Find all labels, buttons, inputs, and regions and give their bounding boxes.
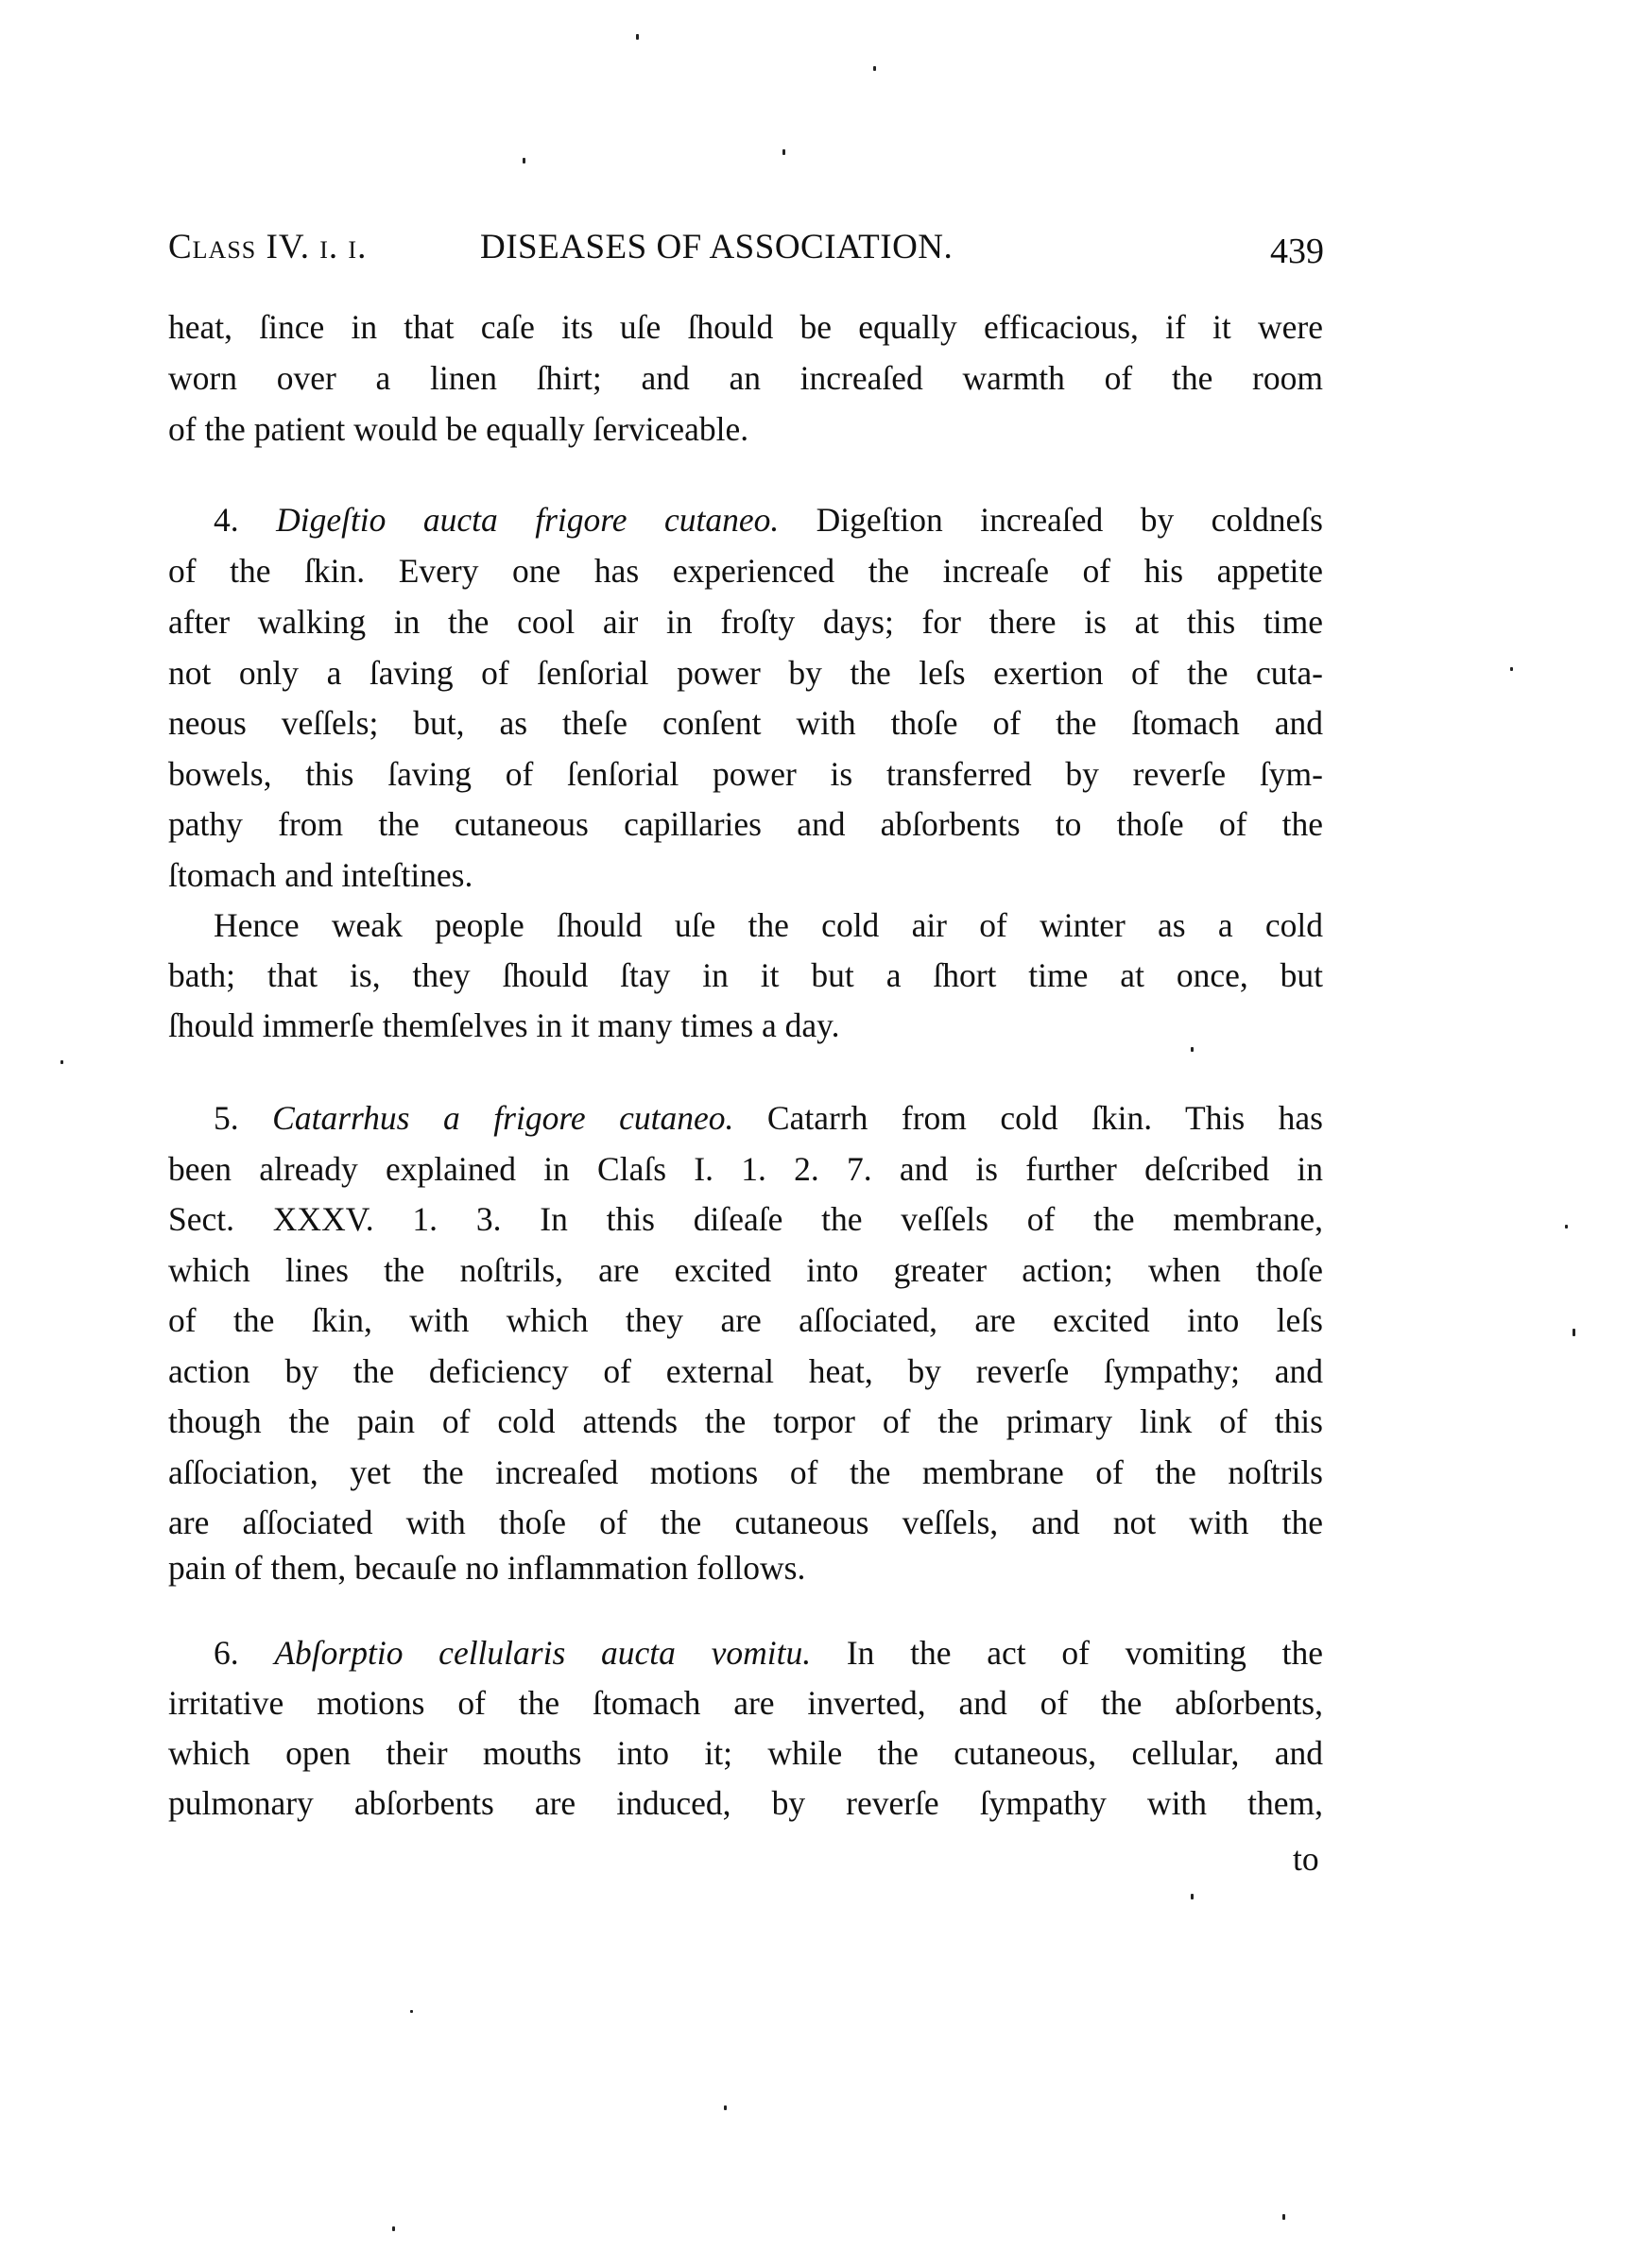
text-line: ſtomach and inteſtines. (168, 850, 1323, 901)
section-heading-line: 6. Abſorptio cellularis aucta vomitu. In… (214, 1627, 1323, 1678)
catchword: to (1293, 1833, 1319, 1884)
text-line: not only a ſaving of ſenſorial power by … (168, 647, 1323, 698)
text-line: irritative motions of the ſtomach are in… (168, 1677, 1323, 1728)
text-line: after walking in the cool air in froſty … (168, 596, 1323, 647)
chapter-title: DISEASES OF ASSOCIATION. (480, 225, 953, 270)
scan-speck (523, 158, 525, 163)
text-line: Hence weak people ſhould uſe the cold ai… (214, 900, 1323, 951)
text-line: are aſſociated with thoſe of the cutaneo… (168, 1497, 1323, 1548)
text-line: action by the deficiency of external hea… (168, 1346, 1323, 1397)
text-line: heat, ſince in that caſe its uſe ſhould … (168, 301, 1323, 352)
scan-speck (1282, 2214, 1285, 2220)
section-number: 4. (214, 501, 239, 539)
section-number: 6. (214, 1634, 239, 1672)
text-line: pulmonary abſorbents are induced, by rev… (168, 1778, 1323, 1829)
section-english-title: Digeſtion increaſed by coldneſs (816, 501, 1323, 539)
text-line: pathy from the cutaneous capillaries and… (168, 799, 1323, 850)
section-latin-title: Catarrhus a frigore cutaneo. (272, 1099, 733, 1137)
text-line: Sect. XXXV. 1. 3. In this diſeaſe the ve… (168, 1194, 1323, 1245)
section-heading-line: 5. Catarrhus a frigore cutaneo. Catarrh … (214, 1092, 1323, 1143)
section-number: 5. (214, 1099, 239, 1137)
section-english-title: In the act of vomiting the (847, 1634, 1323, 1672)
text-line: of the ſkin. Every one has experienced t… (168, 545, 1323, 596)
text-line: worn over a linen ſhirt; and an increaſe… (168, 352, 1323, 404)
scan-speck (1565, 1225, 1568, 1228)
text-line: pain of them, becauſe no inflammation fo… (168, 1542, 1323, 1593)
text-line: ſhould immerſe themſelves in it many tim… (168, 1000, 1323, 1051)
section-latin-title: Digeſtio aucta frigore cutaneo. (276, 501, 779, 539)
section-latin-title: Abſorptio cellularis aucta vomitu. (274, 1634, 811, 1672)
text-line: aſſociation, yet the increaſed motions o… (168, 1447, 1323, 1498)
scan-speck (60, 1060, 63, 1064)
text-line: bath; that is, they ſhould ſtay in it bu… (168, 950, 1323, 1001)
text-line: neous veſſels; but, as theſe conſent wit… (168, 697, 1323, 748)
section-heading-line: 4. Digeſtio aucta frigore cutaneo. Digeſ… (214, 494, 1323, 545)
text-line: which lines the noſtrils, are excited in… (168, 1245, 1323, 1296)
scan-speck (1191, 1047, 1194, 1052)
scan-speck (1510, 667, 1513, 671)
text-line: of the patient would be equally ſervicea… (168, 404, 1323, 455)
book-page: Class IV. i. i. DISEASES OF ASSOCIATION.… (0, 0, 1633, 2268)
text-line: of the ſkin, with which they are aſſocia… (168, 1295, 1323, 1346)
scan-speck (1573, 1329, 1575, 1336)
scan-speck (392, 2226, 395, 2231)
section-english-title: Catarrh from cold ſkin. This has (767, 1099, 1323, 1137)
text-line: though the pain of cold attends the torp… (168, 1396, 1323, 1447)
scan-speck (410, 2010, 413, 2013)
scan-speck (782, 149, 785, 155)
scan-speck (873, 66, 876, 71)
scan-speck (1191, 1894, 1194, 1899)
text-line: bowels, this ſaving of ſenſorial power i… (168, 748, 1323, 799)
text-line: been already explained in Claſs I. 1. 2.… (168, 1143, 1323, 1194)
text-line: which open their mouths into it; while t… (168, 1727, 1323, 1778)
running-head: Class IV. i. i. DISEASES OF ASSOCIATION.… (168, 225, 1340, 270)
scan-speck (636, 34, 639, 40)
page-number: 439 (1270, 229, 1324, 274)
scan-speck (724, 2105, 727, 2110)
class-label: Class IV. i. i. (168, 225, 367, 270)
